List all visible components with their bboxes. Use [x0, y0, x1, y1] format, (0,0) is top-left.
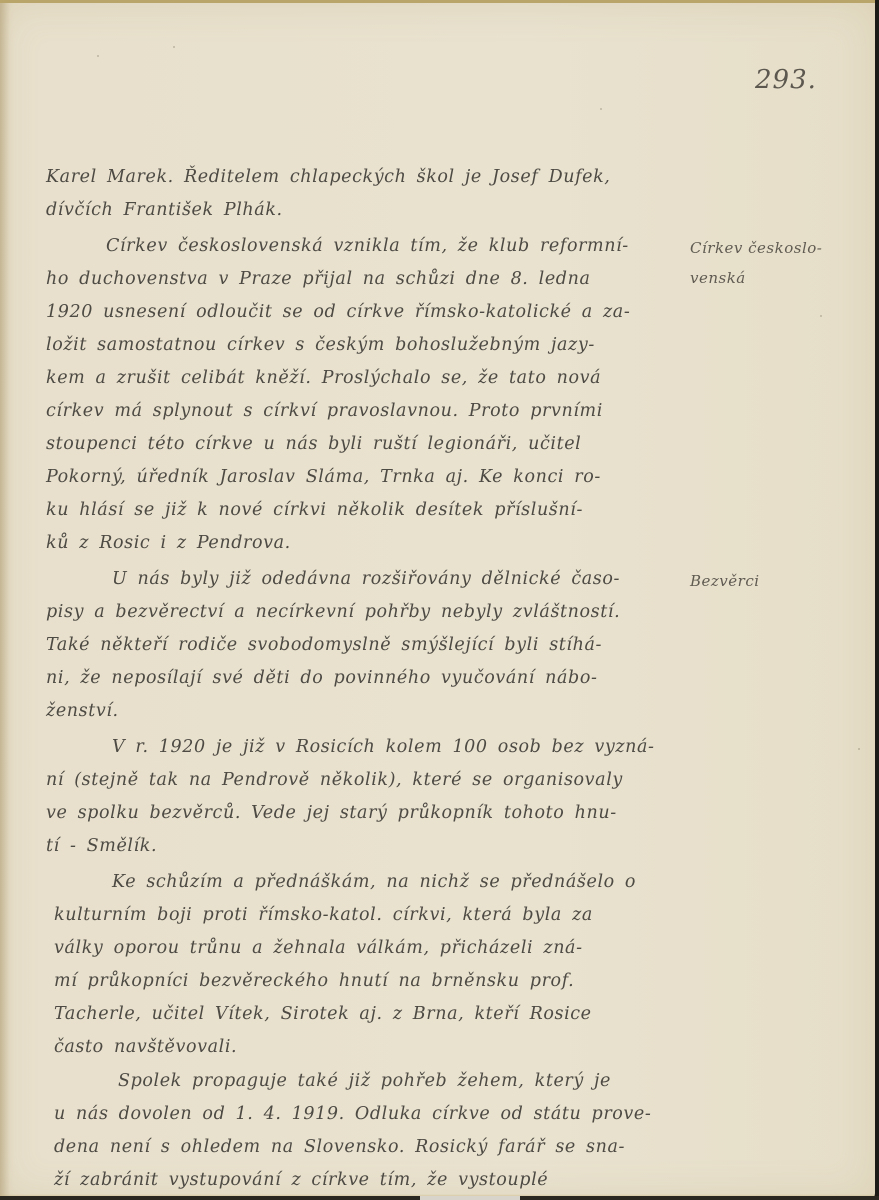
text-line: ve spolku bezvěrců. Vede jej starý průko…: [46, 803, 617, 823]
text-line: Tacherle, učitel Vítek, Sirotek aj. z Br…: [54, 1004, 592, 1024]
text-line: ků z Rosic i z Pendrova.: [46, 533, 291, 553]
text-line: často navštěvovali.: [54, 1037, 237, 1057]
text-line: V r. 1920 je již v Rosicích kolem 100 os…: [112, 737, 655, 757]
text-line: církev má splynout s církví pravoslavnou…: [46, 401, 603, 421]
paper-speck: [600, 108, 602, 110]
text-line: Spolek propaguje také již pohřeb žehem, …: [118, 1071, 611, 1091]
paper-speck: [173, 46, 175, 48]
text-line: dena není s ohledem na Slovensko. Rosick…: [54, 1137, 625, 1157]
text-line: tí - Smělík.: [46, 836, 157, 856]
paper-speck: [97, 55, 99, 57]
text-line: U nás byly již odedávna rozšiřovány děln…: [112, 569, 620, 589]
text-line: ženství.: [46, 701, 119, 721]
paper-speck: [150, 1175, 152, 1177]
text-line: stoupenci této církve u nás byli ruští l…: [46, 434, 581, 454]
text-line: Pokorný, úředník Jaroslav Sláma, Trnka a…: [46, 467, 601, 487]
margin-note: venská: [690, 269, 746, 287]
text-line: ží zabránit vystupování z církve tím, že…: [54, 1170, 548, 1190]
document-page: 293. Karel Marek. Ředitelem chlapeckých …: [0, 0, 875, 1199]
text-line: u nás dovolen od 1. 4. 1919. Odluka círk…: [54, 1104, 651, 1124]
paper-speck: [820, 315, 822, 317]
text-line: mí průkopníci bezvěreckého hnutí na brně…: [54, 971, 574, 991]
text-line: Karel Marek. Ředitelem chlapeckých škol …: [46, 167, 610, 187]
text-line: ložit samostatnou církev s českým bohosl…: [46, 335, 595, 355]
paper-speck: [858, 748, 860, 750]
text-line: války oporou trůnu a žehnala válkám, při…: [54, 938, 583, 958]
scan-background-light: [420, 1196, 520, 1200]
text-line: 1920 usnesení odloučit se od církve říms…: [46, 302, 630, 322]
text-line: ni, že neposílají své děti do povinného …: [46, 668, 598, 688]
margin-note: Církev českoslo-: [690, 239, 822, 257]
margin-note: Bezvěrci: [690, 572, 760, 590]
text-line: ní (stejně tak na Pendrově několik), kte…: [46, 770, 623, 790]
text-line: dívčích František Plhák.: [46, 200, 283, 220]
text-line: kem a zrušit celibát kněží. Proslýchalo …: [46, 368, 601, 388]
text-line: ho duchovenstva v Praze přijal na schůzi…: [46, 269, 591, 289]
text-line: Ke schůzím a přednáškám, na nichž se pře…: [112, 872, 636, 892]
handwritten-text-body: Karel Marek. Ředitelem chlapeckých škol …: [0, 3, 875, 1199]
text-line: kulturním boji proti římsko-katol. církv…: [54, 905, 593, 925]
text-line: ku hlásí se již k nové církvi několik de…: [46, 500, 583, 520]
scan-background-strip: [0, 1196, 879, 1200]
text-line: pisy a bezvěrectví a necírkevní pohřby n…: [46, 602, 620, 622]
text-line: Také někteří rodiče svobodomyslně smýšle…: [46, 635, 602, 655]
text-line: Církev československá vznikla tím, že kl…: [106, 236, 629, 256]
